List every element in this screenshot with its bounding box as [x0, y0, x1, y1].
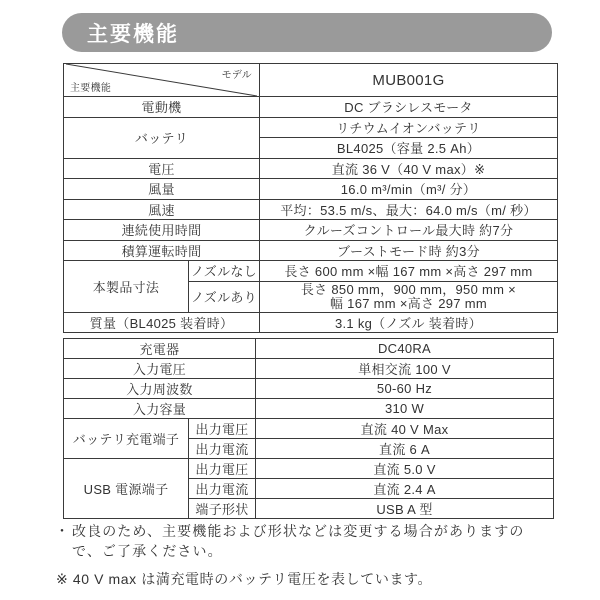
spec-label-input-capacity: 入力容量: [64, 399, 256, 419]
spec-value-voltage: 直流 36 V（40 V max）※: [259, 158, 557, 179]
spec-sublabel-no-nozzle: ノズルなし: [189, 261, 260, 282]
spec-label-input-voltage: 入力電圧: [64, 359, 256, 379]
spec-sublabel-usb-terminal-shape: 端子形状: [189, 499, 256, 519]
model-value: MUB001G: [259, 64, 557, 97]
spec-sheet-page: 主要機能 モデル 主要機能 MUB001G 電動機 DC ブラシレスモータ バッ…: [0, 0, 600, 600]
spec-sublabel-bt-output-current: 出力電流: [189, 439, 256, 459]
spec-value-bt-output-current: 直流 6 A: [256, 439, 554, 459]
spec-value-usb-output-voltage: 直流 5.0 V: [256, 459, 554, 479]
spec-value-no-nozzle: 長さ 600 mm ×幅 167 mm ×高さ 297 mm: [259, 261, 557, 282]
spec-label-usb-terminal: USB 電源端子: [64, 459, 189, 519]
voltage-footnote: ※ 40 V max は満充電時のバッテリ電圧を表しています。: [56, 569, 432, 589]
charger-spec-table: 充電器 DC40RA 入力電圧 単相交流 100 V 入力周波数 50-60 H…: [63, 338, 554, 519]
spec-label-continuous-use: 連続使用時間: [64, 220, 260, 241]
spec-value-battery-type: リチウムイオンバッテリ: [259, 117, 557, 138]
spec-sublabel-usb-output-voltage: 出力電圧: [189, 459, 256, 479]
spec-value-weight: 3.1 kg（ノズル 装着時）: [259, 312, 557, 333]
spec-value-continuous-use: クルーズコントロール最大時 約7分: [259, 220, 557, 241]
spec-value-air-volume: 16.0 m³/min（m³/ 分）: [259, 179, 557, 200]
spec-label-air-volume: 風量: [64, 179, 260, 200]
spec-value-input-frequency: 50-60 Hz: [256, 379, 554, 399]
spec-label-dimensions: 本製品寸法: [64, 261, 189, 313]
spec-label-weight: 質量（BL4025 装着時）: [64, 312, 260, 333]
spec-label-cumulative-run: 積算運転時間: [64, 240, 260, 261]
disclaimer-note-text: 改良のため、主要機能および形状などは変更する場合がありますので、ご了承ください。: [72, 521, 552, 562]
disclaimer-note: ・ 改良のため、主要機能および形状などは変更する場合がありますので、ご了承くださ…: [55, 521, 552, 562]
spec-sublabel-with-nozzle: ノズルあり: [189, 281, 260, 312]
spec-value-with-nozzle: 長さ 850 mm，900 mm，950 mm × 幅 167 mm ×高さ 2…: [259, 281, 557, 312]
spec-value-battery-model: BL4025（容量 2.5 Ah）: [259, 138, 557, 159]
spec-value-motor: DC ブラシレスモータ: [259, 97, 557, 118]
section-title-bar: 主要機能: [62, 13, 552, 52]
spec-label-air-speed: 風速: [64, 199, 260, 220]
spec-label-motor: 電動機: [64, 97, 260, 118]
spec-label-input-frequency: 入力周波数: [64, 379, 256, 399]
spec-value-cumulative-run: ブーストモード時 約3分: [259, 240, 557, 261]
spec-value-usb-terminal-shape: USB A 型: [256, 499, 554, 519]
corner-label-section: 主要機能: [70, 79, 111, 94]
corner-label-model: モデル: [222, 66, 252, 81]
note-bullet: ・: [55, 521, 72, 562]
spec-value-charger: DC40RA: [256, 339, 554, 359]
spec-label-battery: バッテリ: [64, 117, 260, 158]
spec-value-with-nozzle-line2: 幅 167 mm ×高さ 297 mm: [262, 297, 555, 311]
spec-value-bt-output-voltage: 直流 40 V Max: [256, 419, 554, 439]
spec-value-input-voltage: 単相交流 100 V: [256, 359, 554, 379]
spec-value-with-nozzle-line1: 長さ 850 mm，900 mm，950 mm ×: [262, 283, 555, 297]
spec-label-battery-terminal: バッテリ充電端子: [64, 419, 189, 459]
spec-sublabel-bt-output-voltage: 出力電圧: [189, 419, 256, 439]
table-corner-cell: モデル 主要機能: [64, 64, 260, 97]
spec-label-charger: 充電器: [64, 339, 256, 359]
spec-value-input-capacity: 310 W: [256, 399, 554, 419]
spec-value-air-speed: 平均：53.5 m/s、最大：64.0 m/s（m/ 秒）: [259, 199, 557, 220]
main-spec-table: モデル 主要機能 MUB001G 電動機 DC ブラシレスモータ バッテリ リチ…: [63, 63, 558, 333]
spec-label-voltage: 電圧: [64, 158, 260, 179]
page-title: 主要機能: [87, 18, 179, 48]
spec-value-usb-output-current: 直流 2.4 A: [256, 479, 554, 499]
spec-sublabel-usb-output-current: 出力電流: [189, 479, 256, 499]
